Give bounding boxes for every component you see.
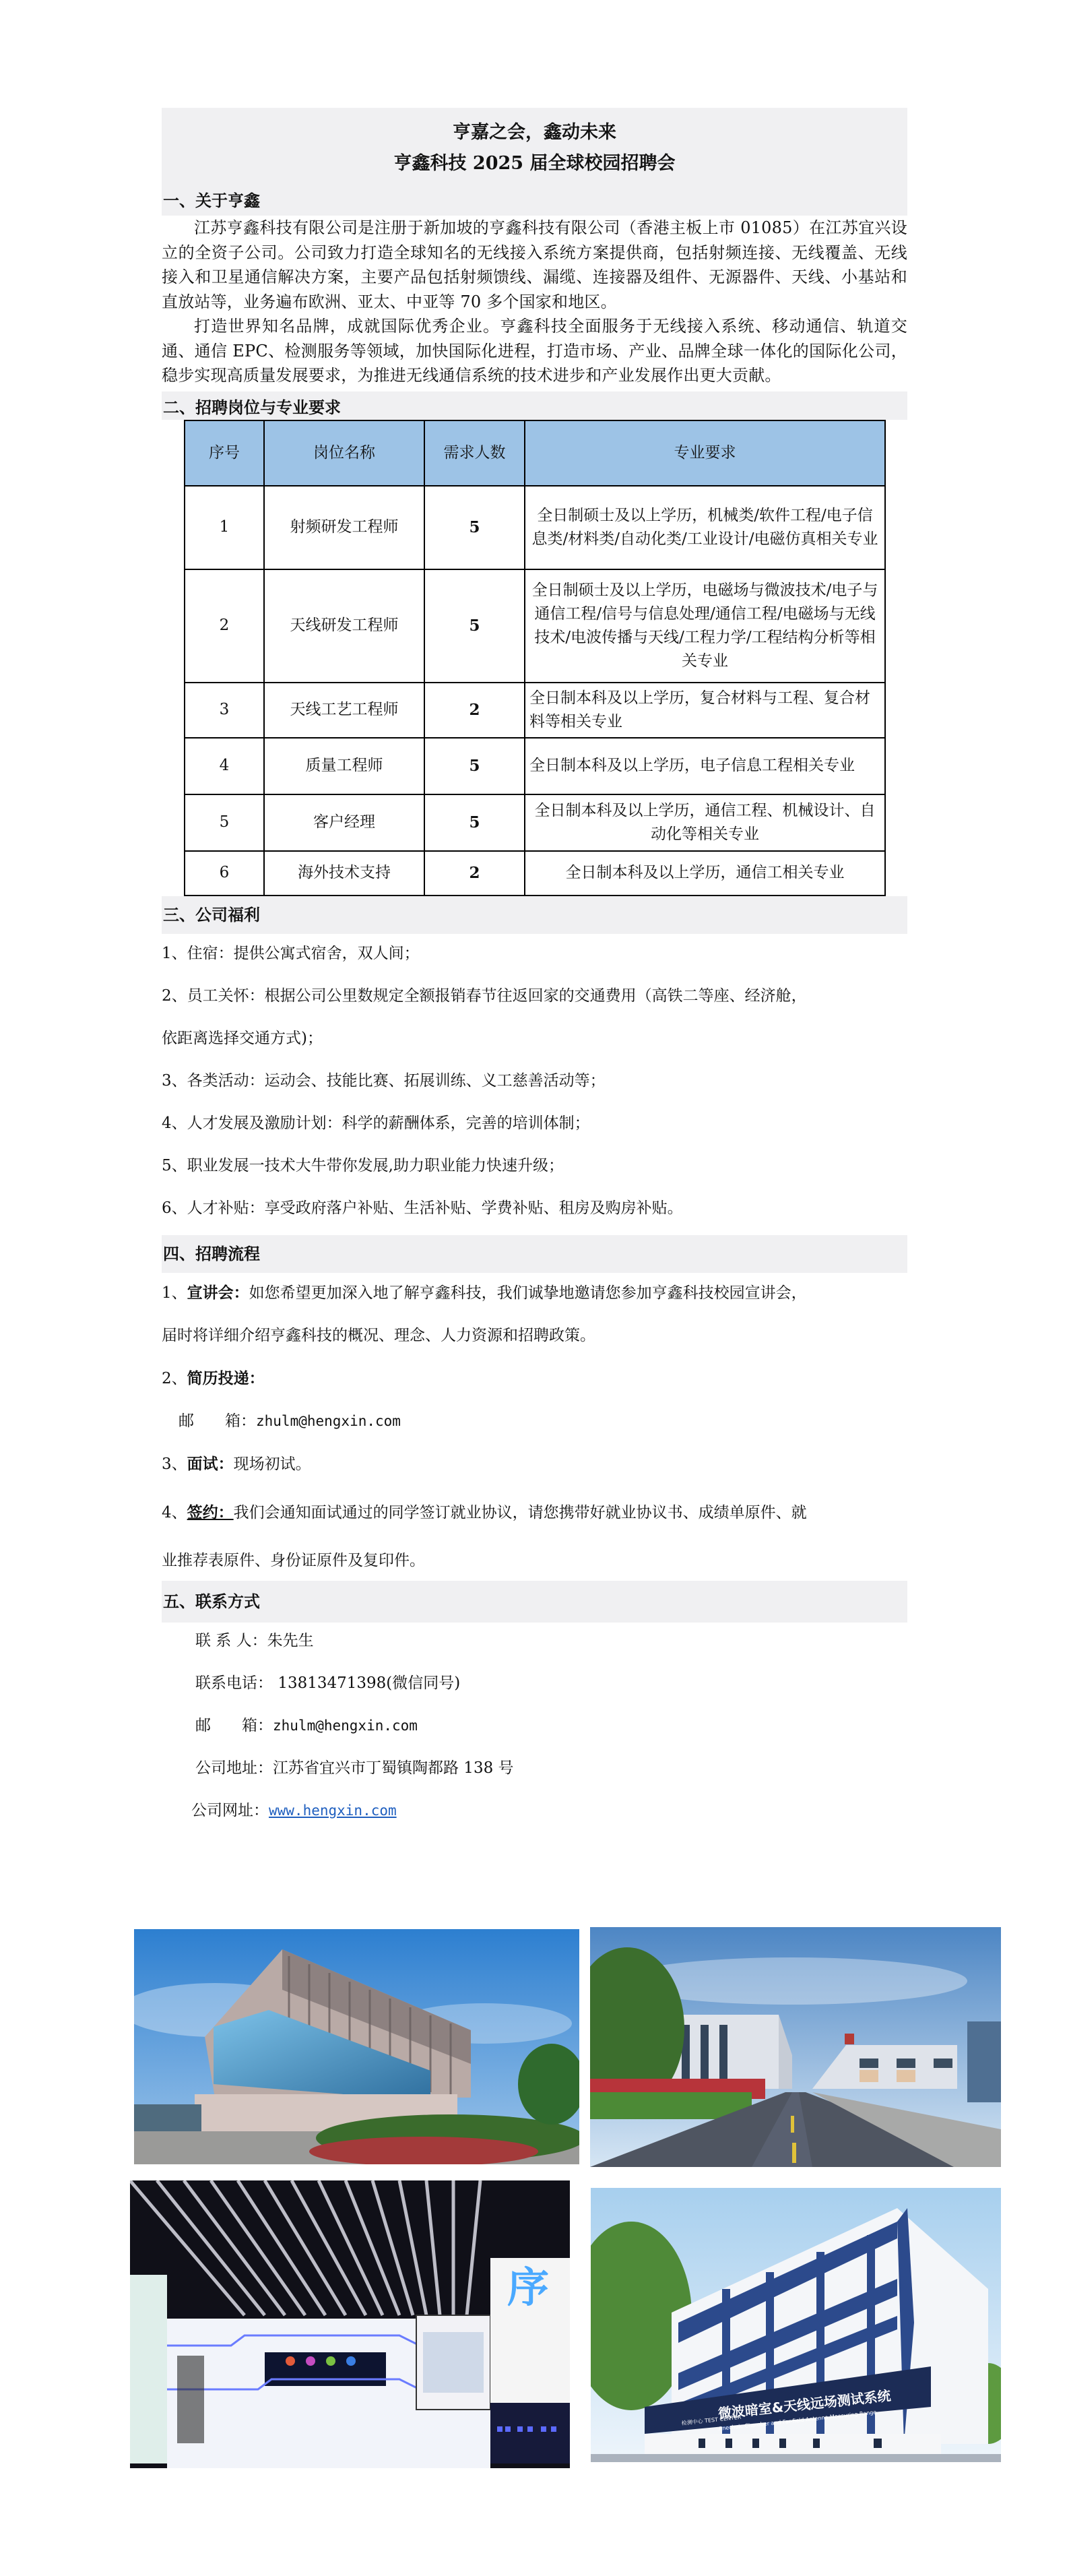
cell-no: 5 (185, 794, 264, 851)
step-number: 1、 (162, 1284, 187, 1302)
cell-count: 2 (424, 851, 525, 896)
step-label: 简历投递： (187, 1369, 265, 1387)
cell-no: 6 (185, 851, 264, 896)
table-row: 5 客户经理 5 全日制本科及以上学历，通信工程、机械设计、自动化等相关专业 (185, 794, 885, 851)
contact-phone-line: 联系电话： 13813471398(微信同号) (162, 1673, 907, 1694)
contact-person-line: 联 系 人：朱先生 (162, 1631, 907, 1652)
title-slogan: 亨嘉之会，鑫动未来 (162, 117, 907, 148)
website-link[interactable]: www.hengxin.com (269, 1802, 397, 1819)
cell-requirement: 全日制本科及以上学历，通信工相关专业 (525, 851, 885, 896)
email-label: 邮 箱： (179, 1412, 256, 1430)
positions-table: 序号 岗位名称 需求人数 专业要求 1 射频研发工程师 5 全日制硕士及以上学历… (184, 420, 886, 896)
step-label: 面试： (187, 1455, 234, 1473)
table-row: 3 天线工艺工程师 2 全日制本科及以上学历，复合材料与工程、复合材料等相关专业 (185, 683, 885, 738)
benefit-item-continued: 依距离选择交通方式)； (162, 1028, 907, 1049)
process-step-briefing-continued: 届时将详细介绍亨鑫科技的概况、理念、人力资源和招聘政策。 (162, 1325, 907, 1346)
resume-email-link[interactable]: zhulm@hengxin.com (256, 1413, 401, 1429)
contact-person-label: 联 系 人： (195, 1632, 267, 1650)
contact-address-label: 公司地址： (195, 1759, 273, 1777)
table-header-row: 序号 岗位名称 需求人数 专业要求 (185, 420, 885, 486)
process-step-resume: 2、简历投递： (162, 1368, 907, 1389)
exhibition-hall-photo: 序 (130, 2180, 570, 2468)
contact-list: 联 系 人：朱先生 联系电话： 13813471398(微信同号) 邮 箱：zh… (162, 1623, 907, 1821)
exhibition-hall-image: 序 (130, 2180, 570, 2468)
document-page: 亨嘉之会，鑫动未来 亨鑫科技 2025 届全球校园招聘会 一、关于亨鑫 江苏亨鑫… (162, 108, 907, 1821)
column-header-title: 岗位名称 (264, 420, 424, 486)
cell-title: 质量工程师 (264, 738, 424, 794)
cell-requirement: 全日制本科及以上学历，电子信息工程相关专业 (525, 738, 885, 794)
about-paragraph-2: 打造世界知名品牌，成就国际优秀企业。亨鑫科技全面服务于无线接入系统、移动通信、轨… (162, 314, 907, 388)
cell-title: 天线工艺工程师 (264, 683, 424, 738)
step-text: 如您希望更加深入地了解亨鑫科技，我们诚挚地邀请您参加亨鑫科技校园宣讲会， (249, 1284, 807, 1302)
cell-no: 1 (185, 486, 264, 569)
contact-address: 江苏省宜兴市丁蜀镇陶都路 138 号 (273, 1759, 514, 1777)
process-step-interview: 3、面试：现场初试。 (162, 1453, 907, 1475)
resume-email-line: 邮 箱：zhulm@hengxin.com (162, 1411, 907, 1432)
cell-requirement: 全日制硕士及以上学历，电磁场与微波技术/电子与通信工程/信号与信息处理/通信工程… (525, 569, 885, 683)
step-number: 3、 (162, 1455, 187, 1473)
step-text: 我们会通知面试通过的同学签订就业协议，请您携带好就业协议书、成绩单原件、就 (234, 1504, 807, 1521)
benefit-item: 2、员工关怀：根据公司公里数规定全额报销春节往返回家的交通费用（高铁二等座、经济… (162, 986, 907, 1007)
section-heading-benefits: 三、公司福利 (162, 896, 907, 934)
step-label: 签约： (187, 1503, 234, 1521)
factory-road-photo (590, 1927, 1001, 2167)
cell-no: 4 (185, 738, 264, 794)
antenna-test-center-image: 微波暗室&天线远场测试系统 Anechoic Chamber and Far-f… (591, 2188, 1001, 2462)
cell-count: 2 (424, 683, 525, 738)
section-heading-positions: 二、招聘岗位与专业要求 (162, 391, 907, 420)
process-list: 1、宣讲会：如您希望更加深入地了解亨鑫科技，我们诚挚地邀请您参加亨鑫科技校园宣讲… (162, 1273, 907, 1571)
cell-requirement: 全日制本科及以上学历，复合材料与工程、复合材料等相关专业 (525, 683, 885, 738)
about-section: 江苏亨鑫科技有限公司是注册于新加坡的亨鑫科技有限公司（香港主板上市 01085）… (162, 216, 907, 388)
benefit-item: 5、职业发展一技术大牛带你发展,助力职业能力快速升级； (162, 1156, 907, 1176)
cell-title: 天线研发工程师 (264, 569, 424, 683)
step-number: 2、 (162, 1370, 187, 1387)
cell-title: 海外技术支持 (264, 851, 424, 896)
cell-title: 客户经理 (264, 794, 424, 851)
title-block: 亨嘉之会，鑫动未来 亨鑫科技 2025 届全球校园招聘会 (162, 108, 907, 189)
cell-count: 5 (424, 569, 525, 683)
table-row: 4 质量工程师 5 全日制本科及以上学历，电子信息工程相关专业 (185, 738, 885, 794)
table-row: 2 天线研发工程师 5 全日制硕士及以上学历，电磁场与微波技术/电子与通信工程/… (185, 569, 885, 683)
process-step-signing: 4、签约：我们会通知面试通过的同学签订就业协议，请您携带好就业协议书、成绩单原件… (162, 1502, 907, 1523)
column-header-count: 需求人数 (424, 420, 525, 486)
benefits-list: 1、住宿：提供公寓式宿舍，双人间； 2、员工关怀：根据公司公里数规定全额报销春节… (162, 934, 907, 1219)
section-heading-process: 四、招聘流程 (162, 1235, 907, 1273)
cell-no: 2 (185, 569, 264, 683)
section-heading-about: 一、关于亨鑫 (162, 189, 907, 216)
cell-count: 5 (424, 486, 525, 569)
title-event: 亨鑫科技 2025 届全球校园招聘会 (162, 148, 907, 179)
svg-text:序: 序 (507, 2263, 549, 2312)
cell-requirement: 全日制本科及以上学历，通信工程、机械设计、自动化等相关专业 (525, 794, 885, 851)
step-number: 4、 (162, 1504, 187, 1521)
section-heading-contact: 五、联系方式 (162, 1581, 907, 1623)
cell-count: 5 (424, 794, 525, 851)
contact-email-label: 邮 箱： (195, 1717, 273, 1734)
contact-person: 朱先生 (267, 1632, 314, 1650)
contact-email-line: 邮 箱：zhulm@hengxin.com (162, 1716, 907, 1736)
factory-road-image (590, 1927, 1001, 2167)
cell-requirement: 全日制硕士及以上学历，机械类/软件工程/电子信息类/材料类/自动化类/工业设计/… (525, 486, 885, 569)
cell-title: 射频研发工程师 (264, 486, 424, 569)
contact-website-line: 公司网址：www.hengxin.com (162, 1800, 907, 1821)
contact-email-link[interactable]: zhulm@hengxin.com (273, 1718, 418, 1734)
step-label: 宣讲会： (187, 1284, 249, 1302)
antenna-test-center-photo: 微波暗室&天线远场测试系统 Anechoic Chamber and Far-f… (591, 2188, 1001, 2462)
cell-count: 5 (424, 738, 525, 794)
benefit-item: 3、各类活动：运动会、技能比赛、拓展训练、义工慈善活动等； (162, 1071, 907, 1092)
column-header-no: 序号 (185, 420, 264, 486)
benefit-item: 4、人才发展及激励计划：科学的薪酬体系，完善的培训体制； (162, 1113, 907, 1134)
process-step-briefing: 1、宣讲会：如您希望更加深入地了解亨鑫科技，我们诚挚地邀请您参加亨鑫科技校园宣讲… (162, 1282, 907, 1304)
benefit-item: 6、人才补贴：享受政府落户补贴、生活补贴、学费补贴、租房及购房补贴。 (162, 1198, 907, 1219)
about-paragraph-1: 江苏亨鑫科技有限公司是注册于新加坡的亨鑫科技有限公司（香港主板上市 01085）… (162, 216, 907, 314)
process-step-signing-continued: 业推荐表原件、身份证原件及复印件。 (162, 1550, 907, 1571)
step-text: 现场初试。 (234, 1455, 311, 1473)
table-row: 1 射频研发工程师 5 全日制硕士及以上学历，机械类/软件工程/电子信息类/材料… (185, 486, 885, 569)
column-header-requirement: 专业要求 (525, 420, 885, 486)
contact-address-line: 公司地址：江苏省宜兴市丁蜀镇陶都路 138 号 (162, 1758, 907, 1779)
contact-phone-label: 联系电话： (195, 1674, 273, 1692)
office-building-image (134, 1929, 579, 2164)
benefit-item: 1、住宿：提供公寓式宿舍，双人间； (162, 943, 907, 964)
cell-no: 3 (185, 683, 264, 738)
contact-phone[interactable]: 13813471398(微信同号) (278, 1674, 460, 1692)
table-row: 6 海外技术支持 2 全日制本科及以上学历，通信工相关专业 (185, 851, 885, 896)
contact-website-label: 公司网址： (191, 1802, 269, 1819)
positions-table-wrap: 序号 岗位名称 需求人数 专业要求 1 射频研发工程师 5 全日制硕士及以上学历… (184, 420, 884, 896)
office-building-photo (134, 1929, 579, 2164)
